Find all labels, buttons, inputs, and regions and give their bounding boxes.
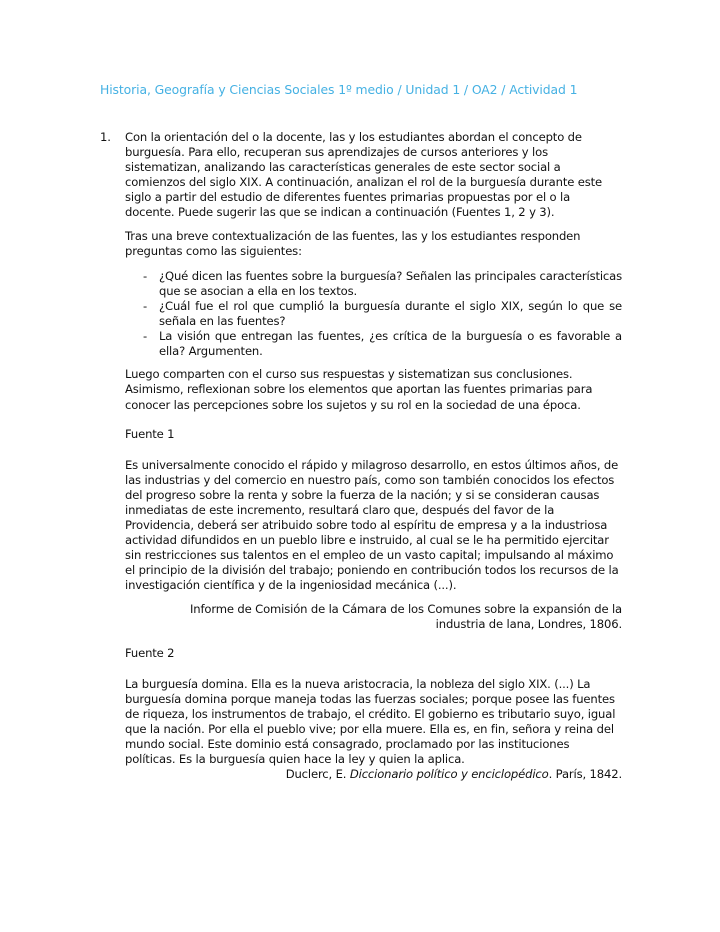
- citation-author: Duclerc, E.: [286, 767, 347, 781]
- source-2-citation: Duclerc, E. Diccionario político y encic…: [125, 767, 622, 782]
- source-1-title: Fuente 1: [125, 427, 622, 442]
- activity-intro: Con la orientación del o la docente, las…: [125, 130, 622, 221]
- activity-context: Tras una breve contextualización de las …: [125, 229, 622, 259]
- activity-conclusion: Luego comparten con el curso sus respues…: [125, 367, 622, 412]
- document-body: 1. Con la orientación del o la docente, …: [100, 130, 622, 782]
- dash-marker: -: [143, 329, 147, 344]
- source-1-citation-line2: industria de lana, Londres, 1806.: [125, 617, 622, 632]
- question-item: - ¿Cuál fue el rol que cumplió la burgue…: [159, 299, 622, 329]
- question-text: La visión que entregan las fuentes, ¿es …: [159, 329, 622, 358]
- question-item: - ¿Qué dicen las fuentes sobre la burgue…: [159, 269, 622, 299]
- source-2-text: La burguesía domina. Ella es la nueva ar…: [125, 677, 622, 768]
- question-list: - ¿Qué dicen las fuentes sobre la burgue…: [125, 269, 622, 360]
- dash-marker: -: [143, 269, 147, 284]
- question-text: ¿Cuál fue el rol que cumplió la burguesí…: [159, 299, 622, 328]
- citation-rest: . París, 1842.: [549, 767, 622, 781]
- dash-marker: -: [143, 299, 147, 314]
- question-item: - La visión que entregan las fuentes, ¿e…: [159, 329, 622, 359]
- source-2-title: Fuente 2: [125, 646, 622, 661]
- activity-item: 1. Con la orientación del o la docente, …: [100, 130, 622, 782]
- citation-title: Diccionario político y enciclopédico: [350, 767, 549, 781]
- source-1-text: Es universalmente conocido el rápido y m…: [125, 458, 622, 594]
- breadcrumb-header: Historia, Geografía y Ciencias Sociales …: [100, 82, 620, 97]
- question-text: ¿Qué dicen las fuentes sobre la burguesí…: [159, 269, 622, 298]
- source-1-citation-line1: Informe de Comisión de la Cámara de los …: [125, 602, 622, 617]
- item-number: 1.: [100, 130, 111, 145]
